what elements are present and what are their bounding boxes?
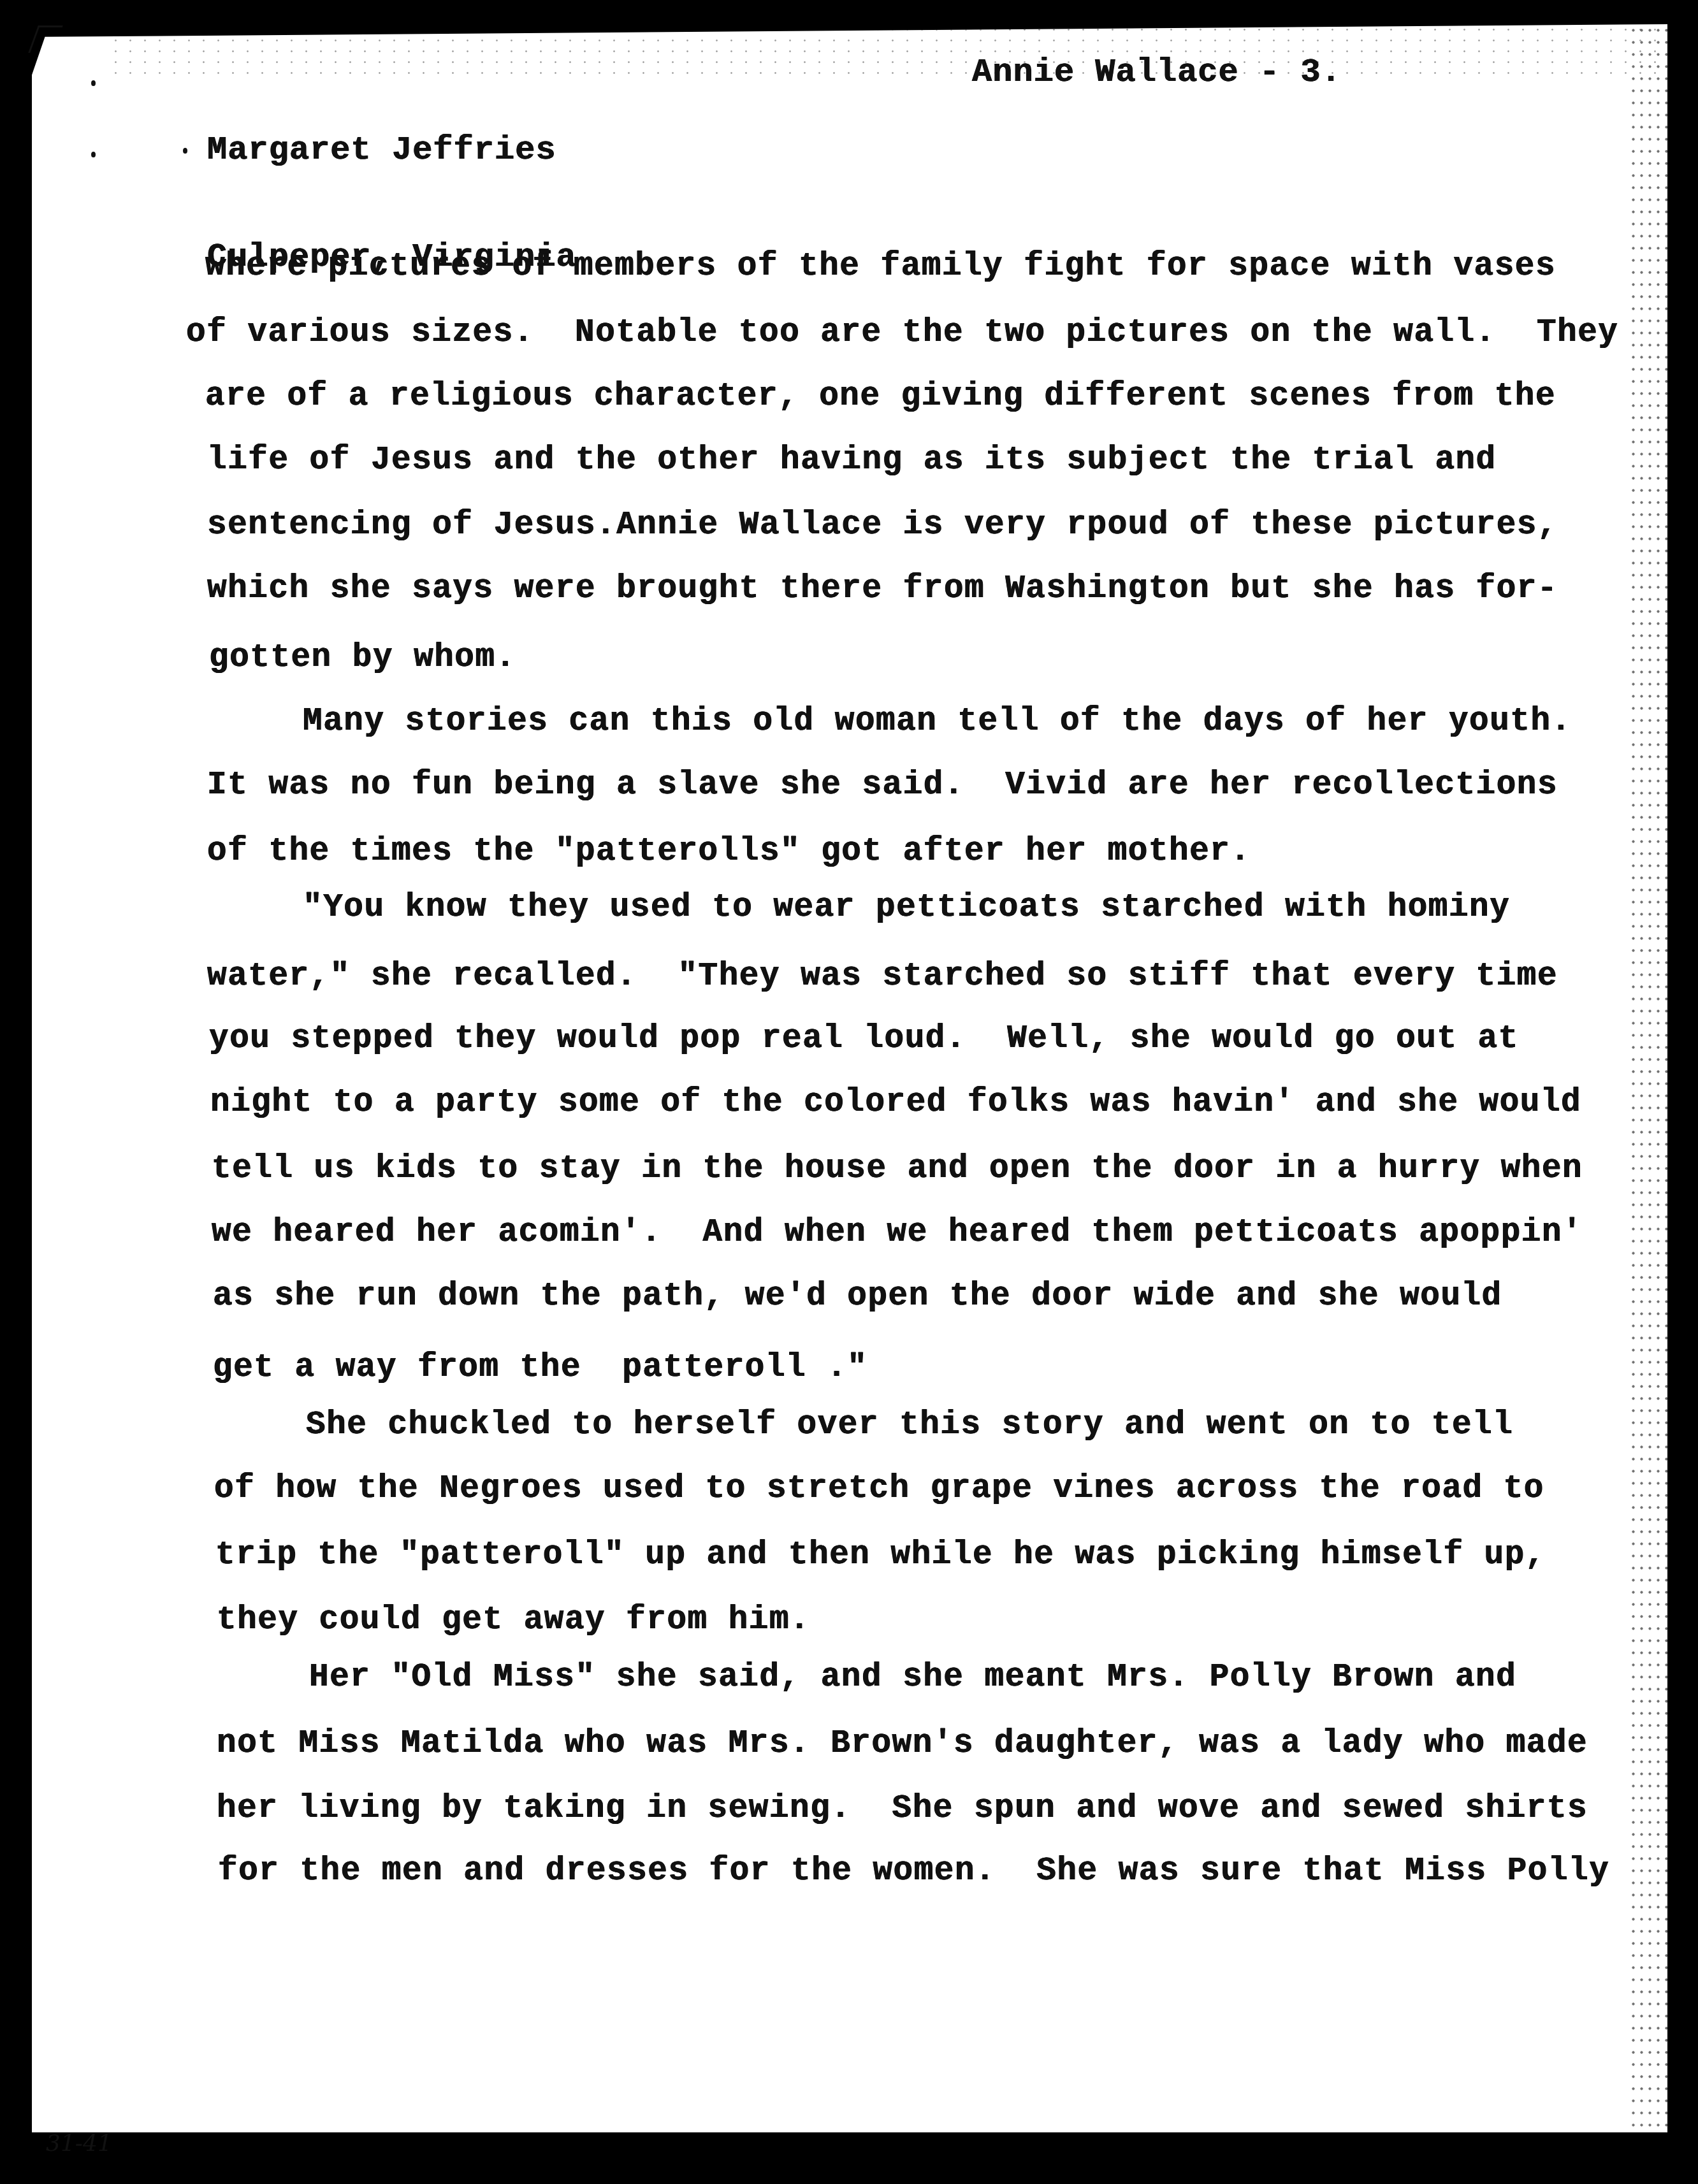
text-line: of the times the "patterolls" got after …: [207, 834, 1251, 870]
text-line: gotten by whom.: [209, 640, 516, 676]
text-line: sentencing of Jesus.Annie Wallace is ver…: [207, 507, 1558, 544]
margin-dot: [183, 148, 187, 154]
text-line: for the men and dresses for the women. S…: [218, 1853, 1609, 1890]
text-line: trip the "patteroll" up and then while h…: [215, 1537, 1546, 1573]
margin-note: 31-41: [46, 2130, 112, 2157]
text-line: as she run down the path, we'd open the …: [213, 1278, 1502, 1315]
text-line: not Miss Matilda who was Mrs. Brown's da…: [217, 1726, 1588, 1762]
page-heading: Annie Wallace - 3.: [972, 54, 1342, 91]
text-line: night to a party some of the colored fol…: [210, 1085, 1581, 1121]
margin-dot: [91, 80, 96, 86]
text-line: they could get away from him.: [217, 1602, 810, 1638]
text-line: water," she recalled. "They was starched…: [207, 958, 1558, 995]
text-line: get a way from the patteroll .": [213, 1350, 867, 1386]
text-line: tell us kids to stay in the house and op…: [212, 1151, 1583, 1187]
text-line: her living by taking in sewing. She spun…: [217, 1791, 1588, 1827]
margin-dot: [91, 152, 96, 157]
text-line: you stepped they would pop real loud. We…: [209, 1021, 1519, 1057]
text-line: of how the Negroes used to stretch grape…: [214, 1471, 1544, 1507]
text-line: we heared her acomin'. And when we heare…: [212, 1215, 1583, 1251]
text-line: Her "Old Miss" she said, and she meant M…: [309, 1660, 1516, 1696]
text-line: which she says were brought there from W…: [207, 571, 1558, 607]
text-line: She chuckled to herself over this story …: [306, 1407, 1513, 1443]
text-line: "You know they used to wear petticoats s…: [303, 890, 1510, 926]
text-line: are of a religious character, one giving…: [205, 379, 1556, 415]
scan-noise-right: [1629, 24, 1667, 2132]
text-line: Many stories can this old woman tell of …: [303, 704, 1572, 740]
text-line: of various sizes. Notable too are the tw…: [186, 315, 1618, 351]
text-line: where pictures of members of the family …: [205, 249, 1556, 285]
text-line: life of Jesus and the other having as it…: [207, 442, 1497, 479]
text-line: It was no fun being a slave she said. Vi…: [207, 767, 1558, 804]
author-name: Margaret Jeffries: [207, 133, 577, 168]
